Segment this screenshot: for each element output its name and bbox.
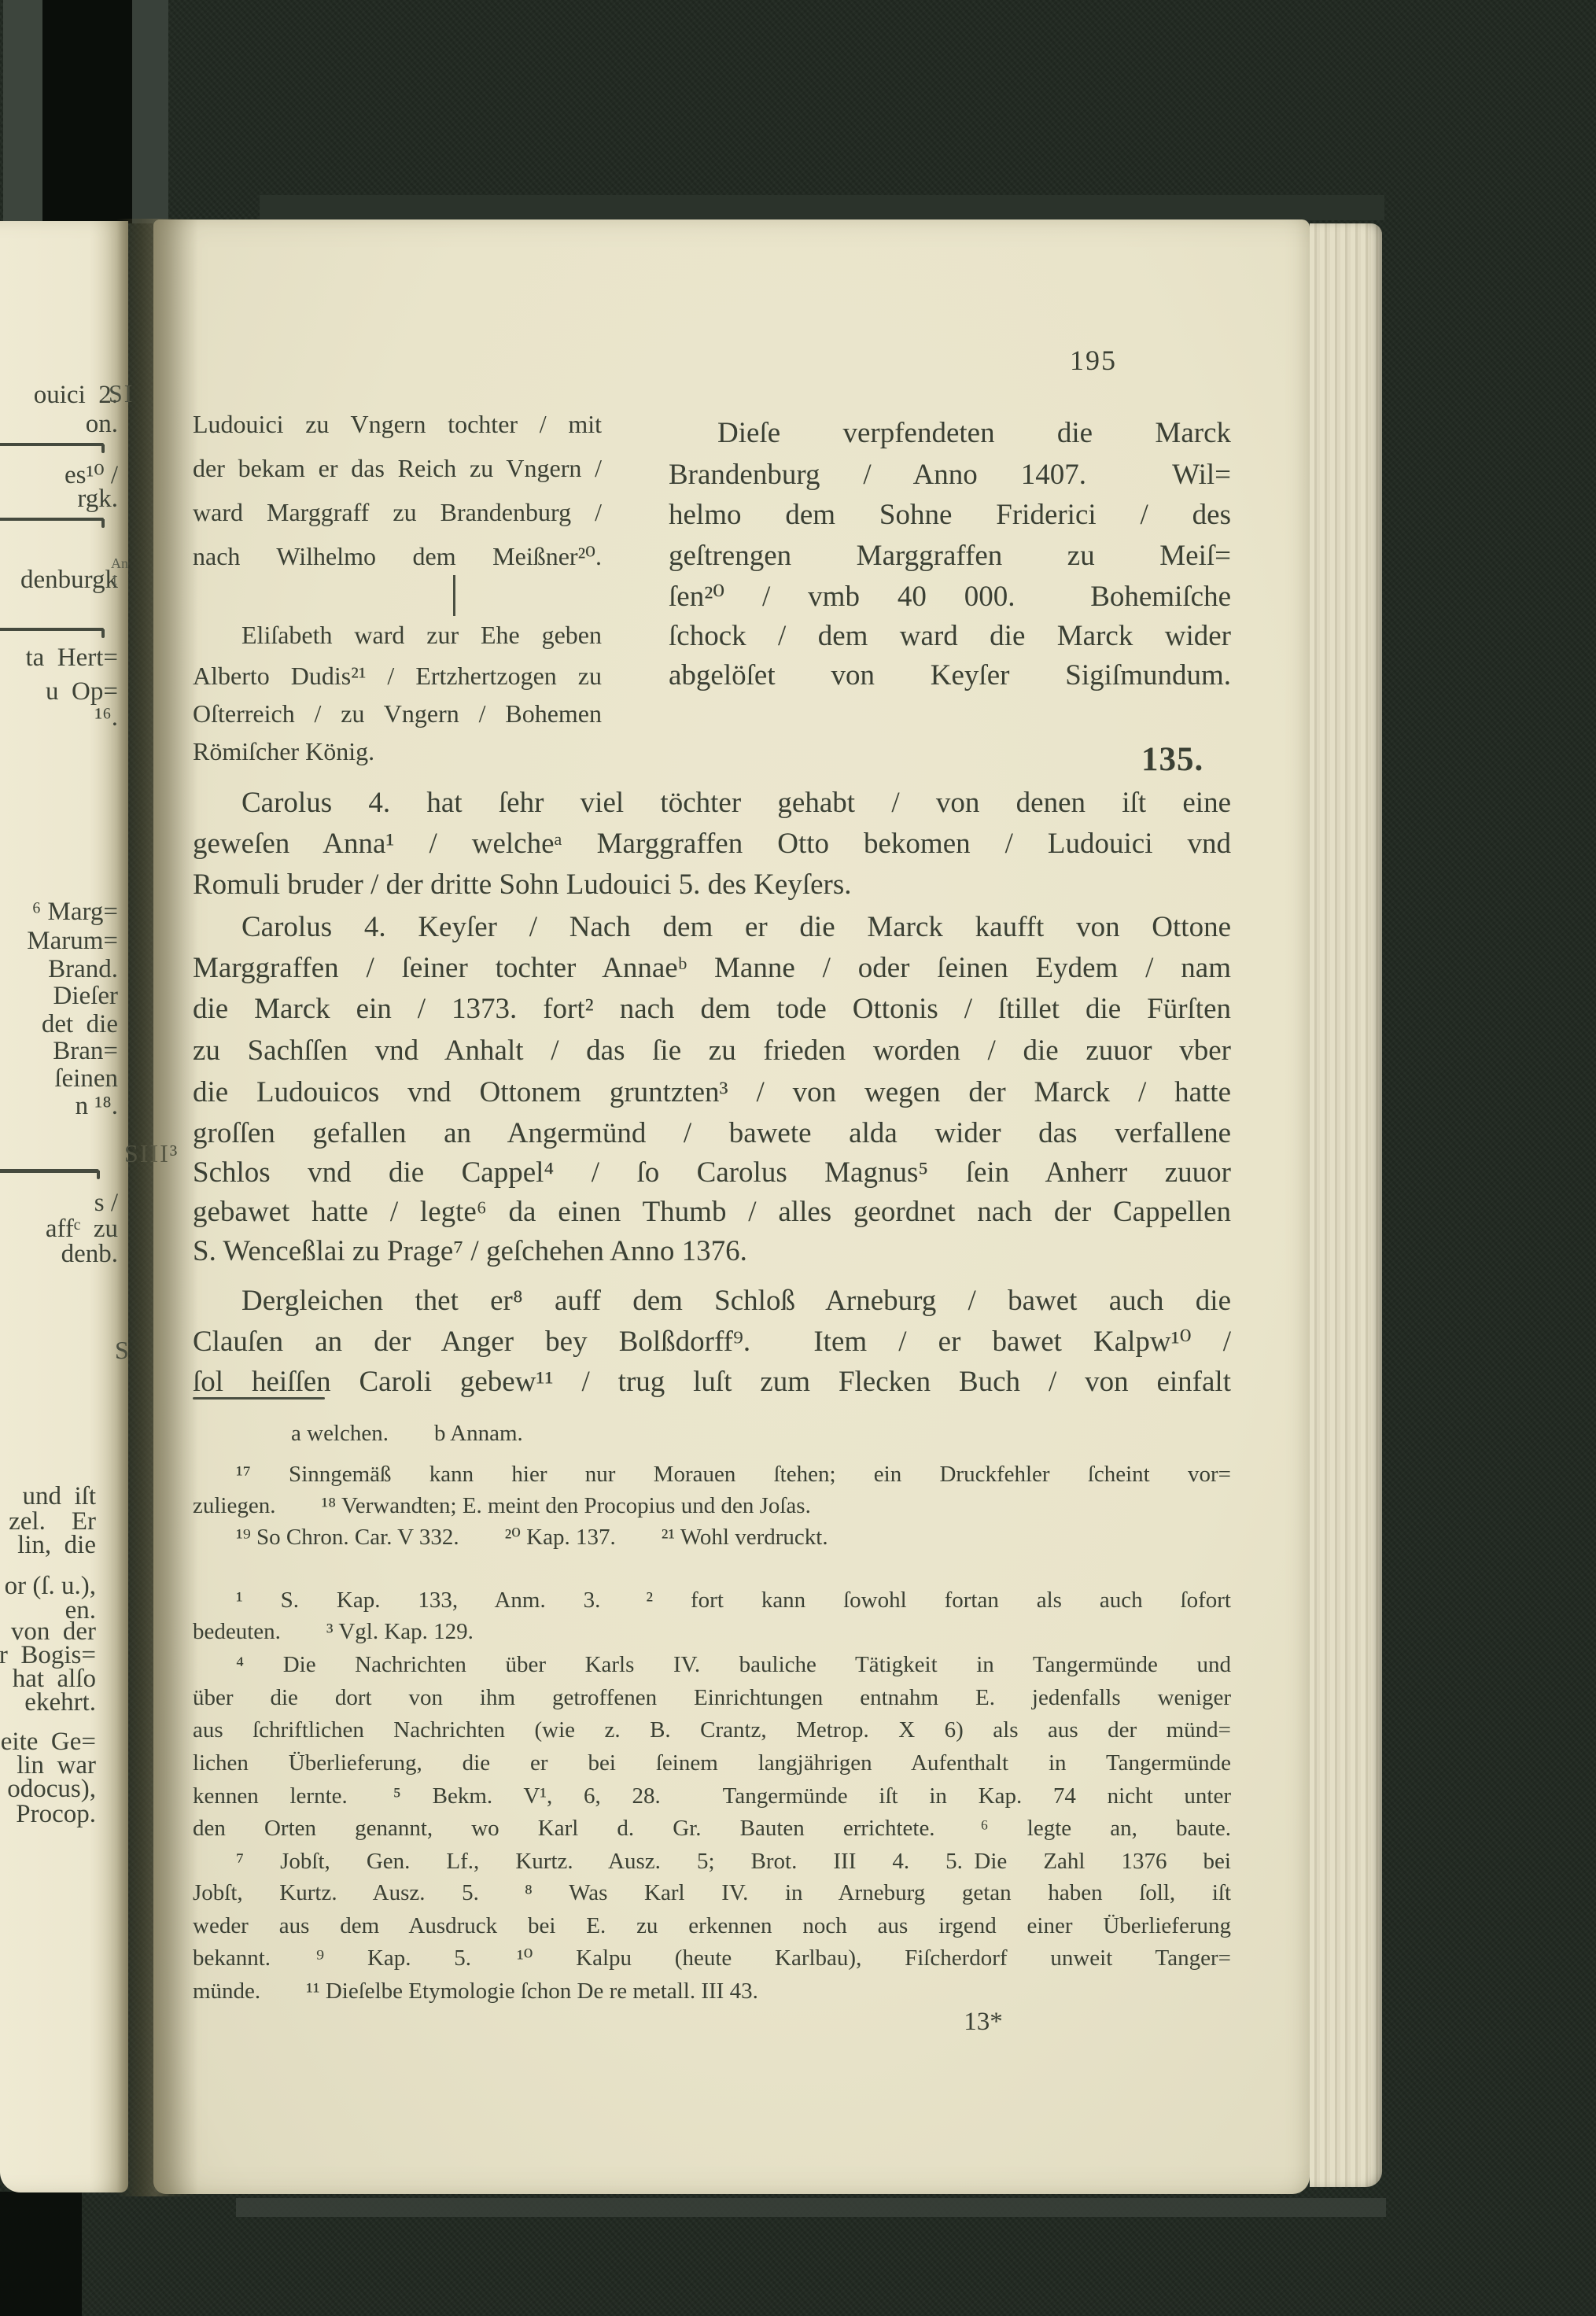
left-page-fragment: Brand. [48, 955, 118, 984]
left-page-fragment: on. [86, 410, 118, 439]
footnote-line: ¹⁷ Sinngemäß kann hier nur Morauen ſtehe… [193, 1461, 1231, 1488]
left-page-fragment: denburgk [20, 566, 118, 595]
gutter-siglum: SI [109, 379, 134, 408]
left-column-line: der bekam er das Reich zu Vngern / [193, 454, 602, 484]
body-line: Carolus 4. hat ſehr viel töchter gehabt … [193, 786, 1231, 821]
footnote-line: bekannt. ⁹ Kap. 5. ¹⁰ Kalpu (heute Karlb… [193, 1945, 1231, 1971]
apparatus-line: a welchen. b Annam. [291, 1420, 523, 1447]
body-line: die Marck ein / 1373. fort² nach dem tod… [193, 992, 1231, 1027]
body-line: Marggraffen / ſeiner tochter Annaeᵇ Mann… [193, 951, 1231, 986]
right-column-line: helmo dem Sohne Friderici / des [669, 498, 1231, 533]
footnote-line: lichen Überlieferung, die er bei ſeinem … [193, 1750, 1231, 1776]
left-page-fragment: det die [42, 1010, 118, 1039]
body-line: gebawet hatte / legte⁶ da einen Thumb / … [193, 1195, 1231, 1230]
body-line: Schlos vnd die Cappel⁴ / ſo Carolus Magn… [193, 1156, 1231, 1190]
left-column-line: nach Wilhelmo dem Meißner²⁰. [193, 542, 602, 572]
body-line: Carolus 4. Keyſer / Nach dem er die Marc… [193, 910, 1231, 945]
left-page-fragment: Dieſer [53, 982, 118, 1011]
book-scan: ouici 2. on. es¹⁰ / rgk. denburgk ta Her… [0, 0, 1596, 2316]
footnote-line: kennen lernte. ⁵ Bekm. V¹, 6, 28. Tanger… [193, 1783, 1231, 1809]
body-line: die Ludouicos vnd Ottonem gruntzten³ / v… [193, 1075, 1231, 1110]
right-column-line: ſchock / dem ward die Marck wider [669, 619, 1231, 654]
gutter-note-line: An [111, 555, 128, 572]
left-page-fragment: ſeinen [54, 1064, 118, 1093]
right-column-line: Brandenburg / Anno 1407. Wil= [669, 458, 1231, 492]
binding-band [132, 0, 168, 223]
genealogy-connector [453, 575, 455, 616]
left-page-fragment: s / [94, 1189, 118, 1218]
fore-edge-page-stack [1310, 223, 1382, 2187]
body-line: Clauſen an der Anger bey Bolßdorff⁹. Ite… [193, 1325, 1231, 1359]
left-page-fragment: Bran= [53, 1037, 118, 1066]
footnote-line: den Orten genannt, wo Karl d. Gr. Bauten… [193, 1815, 1231, 1842]
left-column-line: Eliſabeth ward zur Ehe geben [193, 621, 602, 651]
body-line: zu Sachſſen vnd Anhalt / das ſie zu frie… [193, 1034, 1231, 1068]
body-line: groſſen gefallen an Angermünd / bawete a… [193, 1116, 1231, 1151]
left-page-fragment: ouici 2. [34, 381, 118, 410]
left-page-fragment: ¹⁶. [94, 703, 118, 732]
left-page-fragment: ta Hert= [25, 644, 118, 673]
footnote-line: aus ſchriftlichen Nachrichten (wie z. B.… [193, 1717, 1231, 1743]
footnote-line: weder aus dem Ausdruck bei E. zu erkenne… [193, 1912, 1231, 1939]
gutter-note: An 1 [111, 555, 128, 588]
left-column-line: Römiſcher König. [193, 737, 602, 767]
left-column-line: Oſterreich / zu Vngern / Bohemen [193, 699, 602, 729]
left-page-fragment: lin, die [17, 1531, 96, 1560]
left-page-fragment: u Op= [46, 677, 118, 706]
separator-rule [0, 628, 104, 631]
separator-rule [0, 518, 104, 521]
left-page-edge: ouici 2. on. es¹⁰ / rgk. denburgk ta Her… [0, 221, 128, 2192]
body-line: Romuli bruder / der dritte Sohn Ludouici… [193, 868, 1231, 902]
footnote-line: zuliegen. ¹⁸ Verwandten; E. meint den Pr… [193, 1492, 1231, 1519]
left-page-fragment: rgk. [77, 485, 118, 514]
gutter-siglum: SIII³ [124, 1139, 179, 1168]
body-line: geweſen Anna¹ / welcheᵃ Marggraffen Otto… [193, 827, 1231, 861]
binding-band [3, 0, 42, 223]
left-page-fragment: denb. [61, 1240, 118, 1269]
separator-rule [0, 443, 104, 446]
left-page-fragment: ⁶ Marg= [32, 898, 118, 927]
left-page-fragment: ekehrt. [24, 1688, 96, 1717]
footnote-line: über die dort von ihm getroffenen Einric… [193, 1684, 1231, 1711]
right-column-line: Dieſe verpfendeten die Marck [669, 416, 1231, 451]
footnote-line: ¹ S. Kap. 133, Anm. 3. ² fort kann ſowoh… [193, 1587, 1231, 1613]
cover-top-edge [260, 195, 1384, 220]
footnote-line: ⁷ Jobſt, Gen. Lf., Kurtz. Ausz. 5; Brot.… [193, 1848, 1231, 1875]
body-line: ſol heiſſen Caroli gebew¹¹ / trug luſt z… [193, 1365, 1231, 1400]
left-column-line: Ludouici zu Vngern tochter / mit [193, 410, 602, 440]
signature-mark: 13* [940, 2007, 1027, 2038]
right-column-line: abgelöſet von Keyſer Sigiſmundum. [669, 658, 1231, 693]
left-column-line: ward Marggraff zu Brandenburg / [193, 498, 602, 528]
footnote-line: münde. ¹¹ Dieſelbe Etymologie ſchon De r… [193, 1978, 1231, 2004]
footnote-line: bedeuten. ³ Vgl. Kap. 129. [193, 1618, 1231, 1645]
left-page-fragment: Marum= [27, 927, 118, 956]
gutter-note-line: 1 [111, 572, 128, 588]
right-column-line: geſtrengen Marggraffen zu Meiſ= [669, 539, 1231, 573]
left-column-line: Alberto Dudis²¹ / Ertzhertzogen zu [193, 662, 602, 691]
footnote-line: ¹⁹ So Chron. Car. V 332. ²⁰ Kap. 137. ²¹… [193, 1524, 1231, 1551]
cover-bottom-edge [236, 2198, 1386, 2217]
body-line: S. Wenceßlai zu Prage⁷ / geſchehen Anno … [193, 1234, 1231, 1269]
chapter-number-marginal: 135. [1141, 740, 1244, 780]
footnote-rule [193, 1397, 325, 1400]
body-line: Dergleichen thet er⁸ auff dem Schloß Arn… [193, 1284, 1231, 1318]
right-column-line: ſen²⁰ / vmb 40 000. Bohemiſche [669, 580, 1231, 614]
binding-dark-band [0, 2192, 82, 2316]
binding-dark-band [42, 0, 132, 223]
footnote-line: ⁴ Die Nachrichten über Karls IV. baulich… [193, 1651, 1231, 1678]
footnote-line: Jobſt, Kurtz. Ausz. 5. ⁸ Was Karl IV. in… [193, 1879, 1231, 1906]
gutter-siglum: S [115, 1336, 131, 1365]
left-page-fragment: Procop. [16, 1800, 96, 1829]
separator-rule [0, 1169, 99, 1173]
right-page: 195 Ludouici zu Vngern tochter / mit der… [153, 219, 1310, 2194]
left-page-fragment: n ¹⁸. [76, 1092, 118, 1121]
page-number: 195 [1042, 344, 1144, 377]
